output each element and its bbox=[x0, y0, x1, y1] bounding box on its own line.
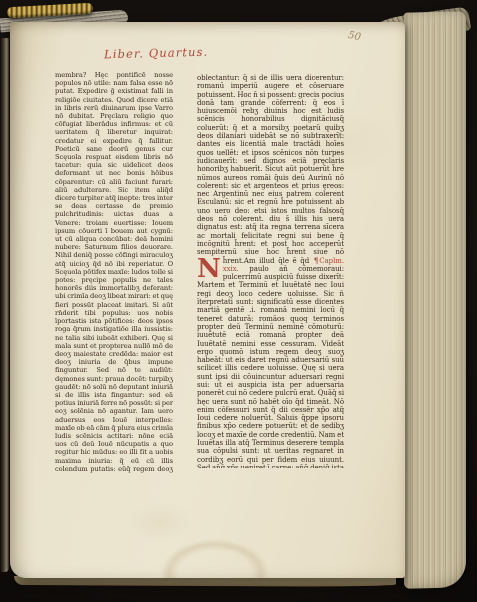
text-run: Am illud q̄le ē q̄d bbox=[244, 257, 313, 265]
book-photo-background: Liber. Quartus. 50 membra? Hęc pontificē… bbox=[0, 0, 477, 602]
rubricated-initial: N bbox=[197, 257, 223, 282]
text-column-right: oblectantur: q̄ si de illis uera diceren… bbox=[197, 74, 344, 468]
text-column-left: membra? Hęc pontificē nosse populos nō u… bbox=[55, 71, 173, 474]
fore-edge-pages bbox=[404, 11, 466, 589]
text-run: oblectantur: q̄ si de illis uera diceren… bbox=[197, 74, 344, 265]
text-run: membra? Hęc pontificē nosse populos nō u… bbox=[55, 71, 173, 474]
rubricated-initial: N bbox=[55, 473, 71, 474]
spine-edge bbox=[0, 38, 9, 572]
folio-number: 50 bbox=[347, 30, 362, 43]
text-run: paulo an̄ cōmemoraui: pulcerrimū auspici… bbox=[197, 265, 344, 468]
running-title: Liber. Quartus. bbox=[104, 45, 209, 62]
